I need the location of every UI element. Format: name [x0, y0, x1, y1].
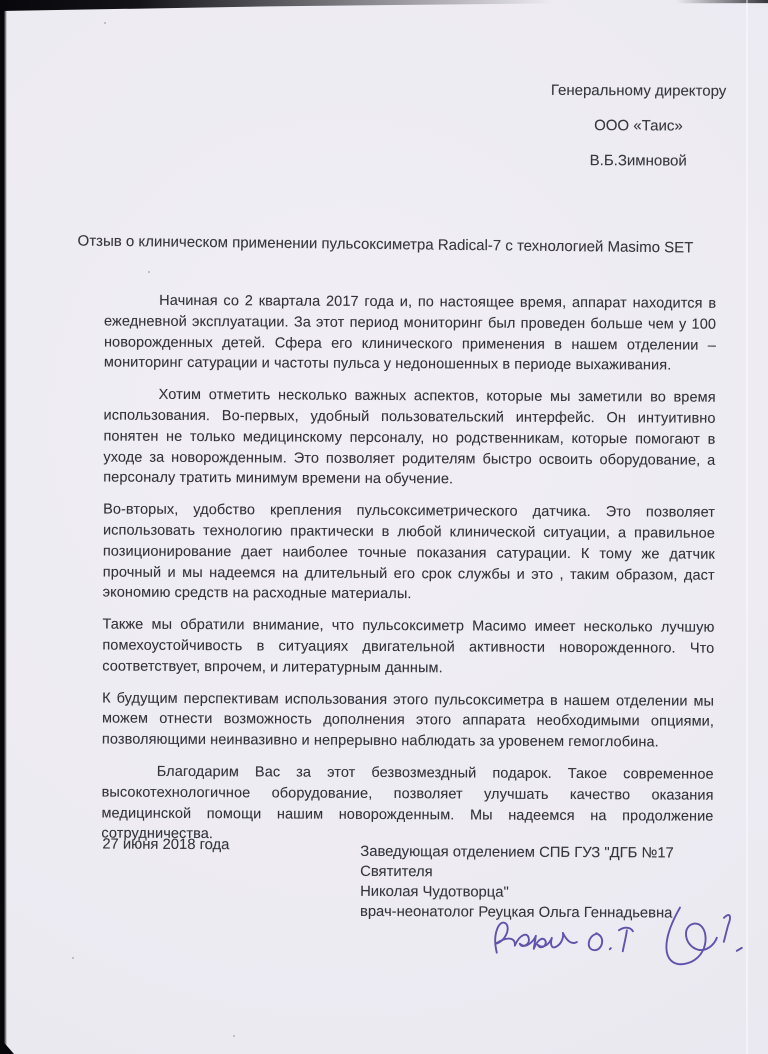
- paragraph-gratitude: Благодарим Вас за этот безвозмездный под…: [101, 761, 713, 847]
- letter-date: 27 июня 2018 года: [102, 837, 229, 854]
- recipient-block: Генеральному директору ООО «Таис» В.Б.Зи…: [550, 80, 726, 172]
- letter-title: Отзыв о клиническом применении пульсокси…: [56, 232, 714, 256]
- scanned-letter-page: Генеральному директору ООО «Таис» В.Б.Зи…: [0, 0, 768, 1054]
- recipient-line-company: ООО «Таис»: [594, 115, 683, 136]
- paragraph-usage-period: Начиная со 2 квартала 2017 года и, по на…: [104, 291, 716, 377]
- paragraph-future-options: К будущим перспективам использования это…: [102, 688, 714, 754]
- handwritten-signature: [483, 893, 753, 982]
- recipient-line-position: Генеральному директору: [551, 80, 726, 102]
- paragraph-sensor-mounting: Во-вторых, удобство крепления пульсоксим…: [103, 500, 716, 607]
- letter-body: Начиная со 2 квартала 2017 года и, по на…: [101, 291, 716, 859]
- recipient-line-name: В.Б.Зимновой: [590, 150, 687, 172]
- signoff-line-1: Заведующая отделением СПБ ГУЗ "ДГБ №17 С…: [360, 842, 720, 884]
- paragraph-noise-immunity: Также мы обратили внимание, что пульсокс…: [102, 615, 714, 681]
- letter-content: Генеральному директору ООО «Таис» В.Б.Зи…: [0, 0, 768, 1054]
- paragraph-interface: Хотим отметить несколько важных аспектов…: [103, 385, 716, 492]
